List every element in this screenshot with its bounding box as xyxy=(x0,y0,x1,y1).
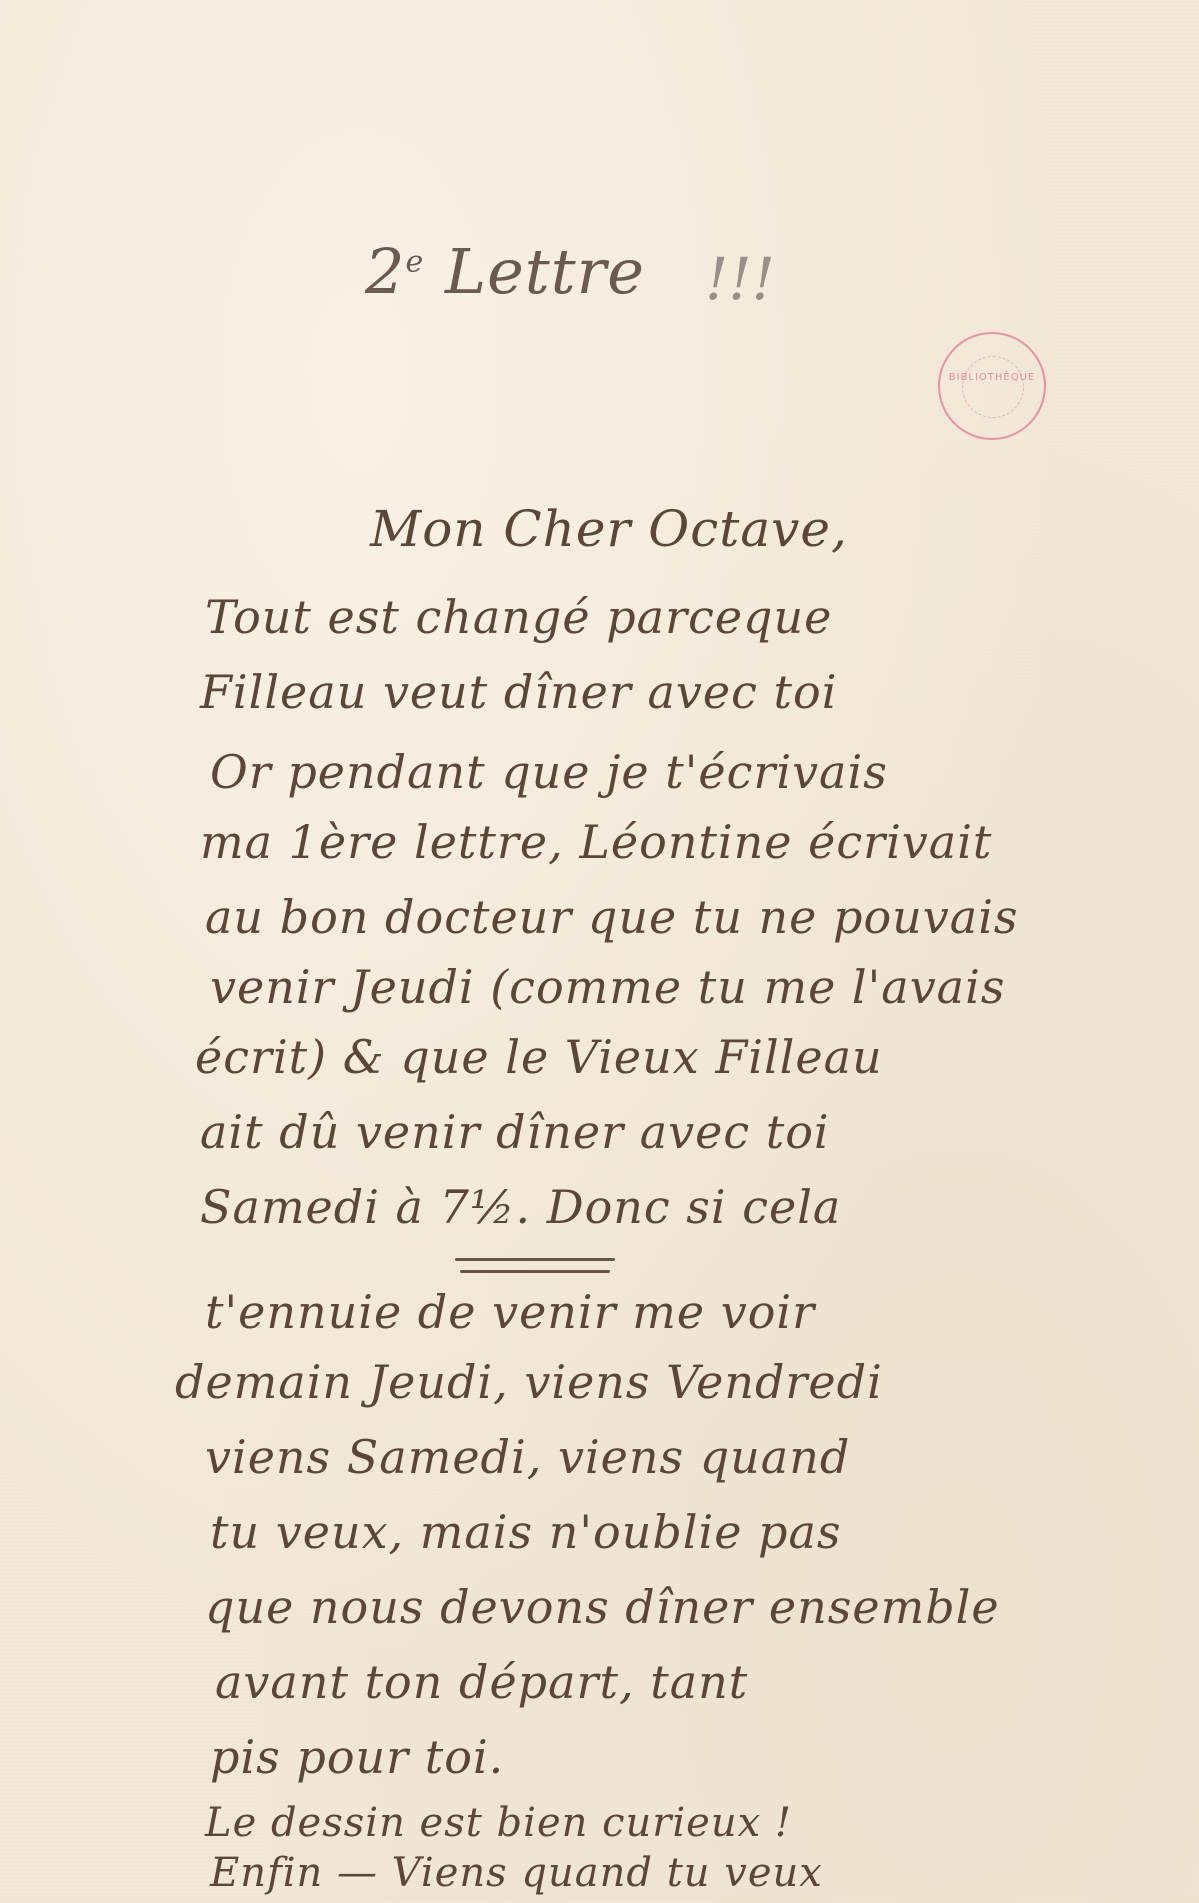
body-line: viens Samedi, viens quand xyxy=(205,1430,850,1484)
body-line: pis pour toi. xyxy=(210,1730,504,1784)
stamp-text: BIBLIOTHÈQUE xyxy=(940,372,1044,383)
body-line: venir Jeudi (comme tu me l'avais xyxy=(210,960,1005,1014)
body-line: que nous devons dîner ensemble xyxy=(205,1580,1000,1634)
body-line: t'ennuie de venir me voir xyxy=(205,1285,815,1339)
body-line: Samedi à 7½. Donc si cela xyxy=(200,1180,841,1234)
body-line: Filleau veut dîner avec toi xyxy=(200,665,837,719)
salutation: Mon Cher Octave, xyxy=(370,500,848,558)
body-line: écrit) & que le Vieux Filleau xyxy=(195,1030,883,1084)
pencil-annotation: !!! xyxy=(705,245,775,313)
body-line: Or pendant que je t'écrivais xyxy=(210,745,888,799)
emphasis-underline xyxy=(455,1258,615,1261)
library-stamp-icon: BIBLIOTHÈQUE xyxy=(938,332,1046,440)
postscript-line: Enfin — Viens quand tu veux xyxy=(210,1850,823,1896)
body-line: demain Jeudi, viens Vendredi xyxy=(175,1355,883,1409)
letter-page: 2e Lettre !!! BIBLIOTHÈQUE Mon Cher Octa… xyxy=(0,0,1199,1903)
body-line: au bon docteur que tu ne pouvais xyxy=(205,890,1019,944)
letter-heading: 2e Lettre xyxy=(365,235,645,308)
body-line: avant ton départ, tant xyxy=(215,1655,748,1709)
body-line: ma 1ère lettre, Léontine écrivait xyxy=(200,815,992,869)
body-line: Tout est changé parceque xyxy=(205,590,832,644)
heading-superscript: e xyxy=(405,244,424,279)
body-line: tu veux, mais n'oublie pas xyxy=(210,1505,842,1559)
emphasis-underline xyxy=(460,1270,610,1273)
body-line: ait dû venir dîner avec toi xyxy=(200,1105,830,1159)
heading-word: Lettre xyxy=(445,235,645,308)
heading-number: 2 xyxy=(365,235,405,308)
postscript-line: Le dessin est bien curieux ! xyxy=(205,1800,792,1846)
